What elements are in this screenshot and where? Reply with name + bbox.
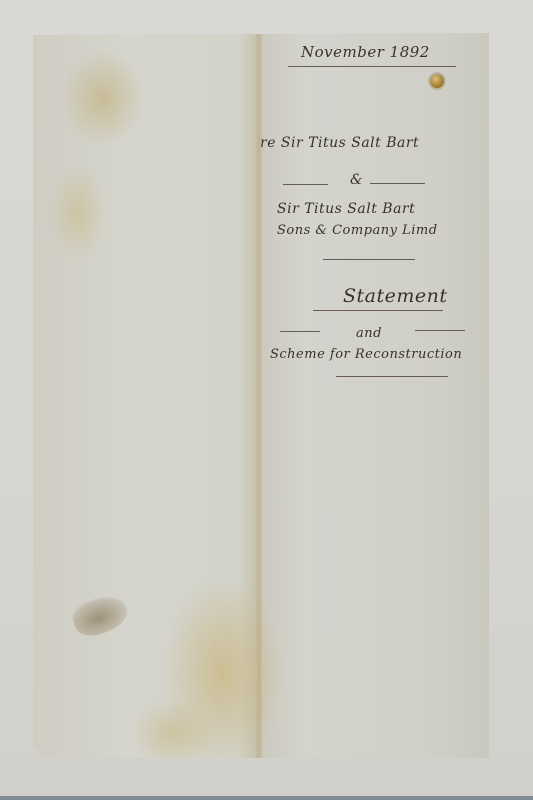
divider-left (283, 184, 328, 185)
document-date: November 1892 (301, 43, 430, 61)
document-heading: Statement (343, 285, 448, 307)
date-underline (288, 66, 456, 67)
heading-connector: and (356, 326, 382, 341)
parties-underline (323, 259, 415, 260)
and-divider-left (280, 331, 320, 332)
document-subheading: Scheme for Reconstruction (270, 347, 462, 362)
party-second-line1: Sir Titus Salt Bart (277, 201, 415, 217)
party-connector: & (350, 172, 363, 188)
subheading-underline (336, 376, 448, 377)
bottom-edge-strip (0, 796, 533, 800)
and-divider-right (415, 330, 465, 331)
document-page: November 1892 re Sir Titus Salt Bart & S… (33, 33, 489, 758)
heading-underline (313, 310, 443, 311)
divider-right (370, 183, 425, 184)
brass-eyelet (430, 74, 444, 88)
water-stain (69, 590, 133, 642)
party-first: re Sir Titus Salt Bart (260, 135, 419, 151)
party-second-line2: Sons & Company Limd (277, 223, 438, 238)
